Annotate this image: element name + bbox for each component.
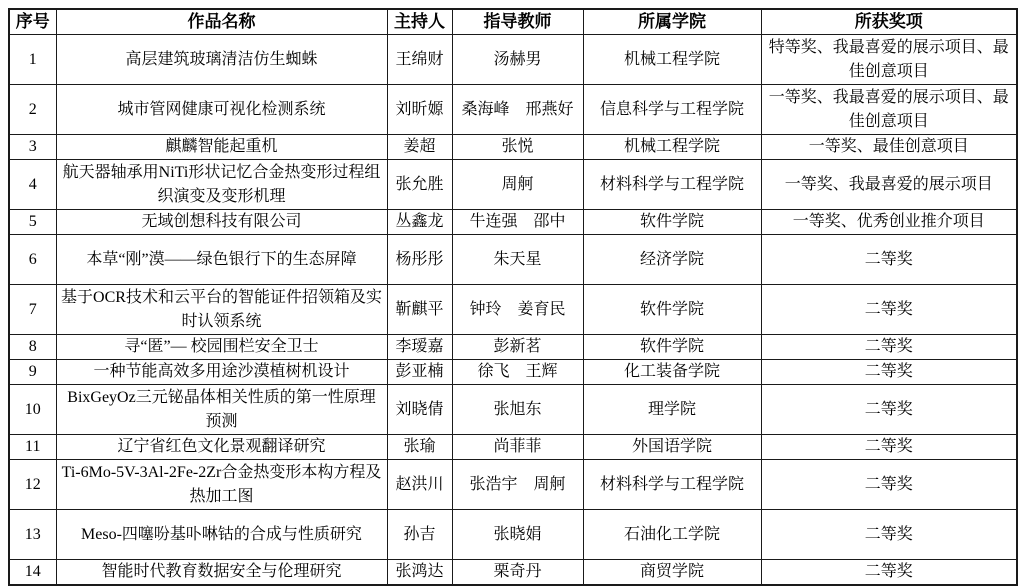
row-index-cell: 14 <box>9 560 56 584</box>
college-name-cell: 材料科学与工程学院 <box>583 160 761 210</box>
work-title-cell: 基于OCR技术和云平台的智能证件招领箱及实时认领系统 <box>56 285 387 335</box>
row-index-cell: 12 <box>9 460 56 510</box>
row-index-cell: 3 <box>9 135 56 160</box>
college-name-cell: 软件学院 <box>583 285 761 335</box>
leader-name-cell: 靳麒平 <box>387 285 452 335</box>
award-text-cell: 二等奖 <box>761 235 1017 285</box>
advisor-names-cell: 张晓娟 <box>452 510 583 560</box>
leader-name-cell: 孙吉 <box>387 510 452 560</box>
award-text-cell: 二等奖 <box>761 385 1017 435</box>
advisor-names-cell: 牛连强 邵中 <box>452 210 583 235</box>
advisor-names-cell: 汤赫男 <box>452 35 583 85</box>
work-title-cell: 本草“刚”漠——绿色银行下的生态屏障 <box>56 235 387 285</box>
leader-name-cell: 张鸿达 <box>387 560 452 584</box>
advisor-names-cell: 彭新茗 <box>452 335 583 360</box>
work-title-cell: Ti-6Mo-5V-3Al-2Fe-2Zr合金热变形本构方程及热加工图 <box>56 460 387 510</box>
leader-name-cell: 张允胜 <box>387 160 452 210</box>
advisor-names-cell: 桑海峰 邢燕好 <box>452 85 583 135</box>
leader-name-cell: 刘晓倩 <box>387 385 452 435</box>
row-index-cell: 1 <box>9 35 56 85</box>
table-row: 5无域创想科技有限公司丛鑫龙牛连强 邵中软件学院一等奖、优秀创业推介项目 <box>9 210 1017 235</box>
table-row: 1高层建筑玻璃清洁仿生蜘蛛王绵财汤赫男机械工程学院特等奖、我最喜爱的展示项目、最… <box>9 35 1017 85</box>
award-text-cell: 一等奖、优秀创业推介项目 <box>761 210 1017 235</box>
award-text-cell: 一等奖、我最喜爱的展示项目 <box>761 160 1017 210</box>
row-index-cell: 6 <box>9 235 56 285</box>
table-row: 9一种节能高效多用途沙漠植树机设计彭亚楠徐飞 王辉化工装备学院二等奖 <box>9 360 1017 385</box>
column-header-college: 所属学院 <box>583 9 761 35</box>
table-body: 1高层建筑玻璃清洁仿生蜘蛛王绵财汤赫男机械工程学院特等奖、我最喜爱的展示项目、最… <box>9 35 1017 584</box>
work-title-cell: BixGeyOz三元铋晶体相关性质的第一性原理预测 <box>56 385 387 435</box>
advisor-names-cell: 张旭东 <box>452 385 583 435</box>
award-text-cell: 二等奖 <box>761 360 1017 385</box>
table-row: 7基于OCR技术和云平台的智能证件招领箱及实时认领系统靳麒平钟玲 姜育民软件学院… <box>9 285 1017 335</box>
college-name-cell: 经济学院 <box>583 235 761 285</box>
column-header-leader: 主持人 <box>387 9 452 35</box>
award-text-cell: 一等奖、最佳创意项目 <box>761 135 1017 160</box>
table-row: 10BixGeyOz三元铋晶体相关性质的第一性原理预测刘晓倩张旭东理学院二等奖 <box>9 385 1017 435</box>
table-row: 13Meso-四噻吩基卟啉钴的合成与性质研究孙吉张晓娟石油化工学院二等奖 <box>9 510 1017 560</box>
college-name-cell: 软件学院 <box>583 210 761 235</box>
advisor-names-cell: 尚菲菲 <box>452 435 583 460</box>
column-header-advisor: 指导教师 <box>452 9 583 35</box>
award-text-cell: 一等奖、我最喜爱的展示项目、最佳创意项目 <box>761 85 1017 135</box>
table-row: 8寻“匿”— 校园围栏安全卫士李瑷嘉彭新茗软件学院二等奖 <box>9 335 1017 360</box>
work-title-cell: 一种节能高效多用途沙漠植树机设计 <box>56 360 387 385</box>
column-header-index: 序号 <box>9 9 56 35</box>
column-header-award: 所获奖项 <box>761 9 1017 35</box>
college-name-cell: 化工装备学院 <box>583 360 761 385</box>
awards-table: 序号 作品名称 主持人 指导教师 所属学院 所获奖项 1高层建筑玻璃清洁仿生蜘蛛… <box>8 8 1018 583</box>
row-index-cell: 5 <box>9 210 56 235</box>
work-title-cell: Meso-四噻吩基卟啉钴的合成与性质研究 <box>56 510 387 560</box>
advisor-names-cell: 张悦 <box>452 135 583 160</box>
table-row: 4航天器轴承用NiTi形状记忆合金热变形过程组织演变及变形机理张允胜周舸材料科学… <box>9 160 1017 210</box>
leader-name-cell: 姜超 <box>387 135 452 160</box>
award-text-cell: 二等奖 <box>761 560 1017 584</box>
table-row: 2城市管网健康可视化检测系统刘昕嫄桑海峰 邢燕好信息科学与工程学院一等奖、我最喜… <box>9 85 1017 135</box>
table-row: 3麒麟智能起重机姜超张悦机械工程学院一等奖、最佳创意项目 <box>9 135 1017 160</box>
college-name-cell: 外国语学院 <box>583 435 761 460</box>
award-text-cell: 二等奖 <box>761 435 1017 460</box>
leader-name-cell: 刘昕嫄 <box>387 85 452 135</box>
table-row: 14智能时代教育数据安全与伦理研究张鸿达栗奇丹商贸学院二等奖 <box>9 560 1017 584</box>
college-name-cell: 机械工程学院 <box>583 35 761 85</box>
award-text-cell: 二等奖 <box>761 335 1017 360</box>
row-index-cell: 9 <box>9 360 56 385</box>
college-name-cell: 信息科学与工程学院 <box>583 85 761 135</box>
work-title-cell: 智能时代教育数据安全与伦理研究 <box>56 560 387 584</box>
table-row: 11辽宁省红色文化景观翻译研究张瑜尚菲菲外国语学院二等奖 <box>9 435 1017 460</box>
advisor-names-cell: 栗奇丹 <box>452 560 583 584</box>
leader-name-cell: 赵洪川 <box>387 460 452 510</box>
leader-name-cell: 张瑜 <box>387 435 452 460</box>
leader-name-cell: 杨彤彤 <box>387 235 452 285</box>
header-row: 序号 作品名称 主持人 指导教师 所属学院 所获奖项 <box>9 9 1017 35</box>
column-header-title: 作品名称 <box>56 9 387 35</box>
leader-name-cell: 李瑷嘉 <box>387 335 452 360</box>
table-header: 序号 作品名称 主持人 指导教师 所属学院 所获奖项 <box>9 9 1017 35</box>
advisor-names-cell: 朱天星 <box>452 235 583 285</box>
leader-name-cell: 彭亚楠 <box>387 360 452 385</box>
leader-name-cell: 丛鑫龙 <box>387 210 452 235</box>
row-index-cell: 13 <box>9 510 56 560</box>
award-text-cell: 二等奖 <box>761 285 1017 335</box>
advisor-names-cell: 钟玲 姜育民 <box>452 285 583 335</box>
row-index-cell: 7 <box>9 285 56 335</box>
work-title-cell: 辽宁省红色文化景观翻译研究 <box>56 435 387 460</box>
work-title-cell: 城市管网健康可视化检测系统 <box>56 85 387 135</box>
award-text-cell: 二等奖 <box>761 460 1017 510</box>
award-text-cell: 特等奖、我最喜爱的展示项目、最佳创意项目 <box>761 35 1017 85</box>
row-index-cell: 8 <box>9 335 56 360</box>
advisor-names-cell: 张浩宇 周舸 <box>452 460 583 510</box>
college-name-cell: 材料科学与工程学院 <box>583 460 761 510</box>
work-title-cell: 寻“匿”— 校园围栏安全卫士 <box>56 335 387 360</box>
college-name-cell: 石油化工学院 <box>583 510 761 560</box>
row-index-cell: 10 <box>9 385 56 435</box>
college-name-cell: 理学院 <box>583 385 761 435</box>
table-row: 12Ti-6Mo-5V-3Al-2Fe-2Zr合金热变形本构方程及热加工图赵洪川… <box>9 460 1017 510</box>
row-index-cell: 11 <box>9 435 56 460</box>
leader-name-cell: 王绵财 <box>387 35 452 85</box>
college-name-cell: 商贸学院 <box>583 560 761 584</box>
work-title-cell: 麒麟智能起重机 <box>56 135 387 160</box>
college-name-cell: 机械工程学院 <box>583 135 761 160</box>
row-index-cell: 4 <box>9 160 56 210</box>
work-title-cell: 高层建筑玻璃清洁仿生蜘蛛 <box>56 35 387 85</box>
table-row: 6本草“刚”漠——绿色银行下的生态屏障杨彤彤朱天星经济学院二等奖 <box>9 235 1017 285</box>
college-name-cell: 软件学院 <box>583 335 761 360</box>
row-index-cell: 2 <box>9 85 56 135</box>
award-text-cell: 二等奖 <box>761 510 1017 560</box>
work-title-cell: 航天器轴承用NiTi形状记忆合金热变形过程组织演变及变形机理 <box>56 160 387 210</box>
work-title-cell: 无域创想科技有限公司 <box>56 210 387 235</box>
advisor-names-cell: 周舸 <box>452 160 583 210</box>
advisor-names-cell: 徐飞 王辉 <box>452 360 583 385</box>
